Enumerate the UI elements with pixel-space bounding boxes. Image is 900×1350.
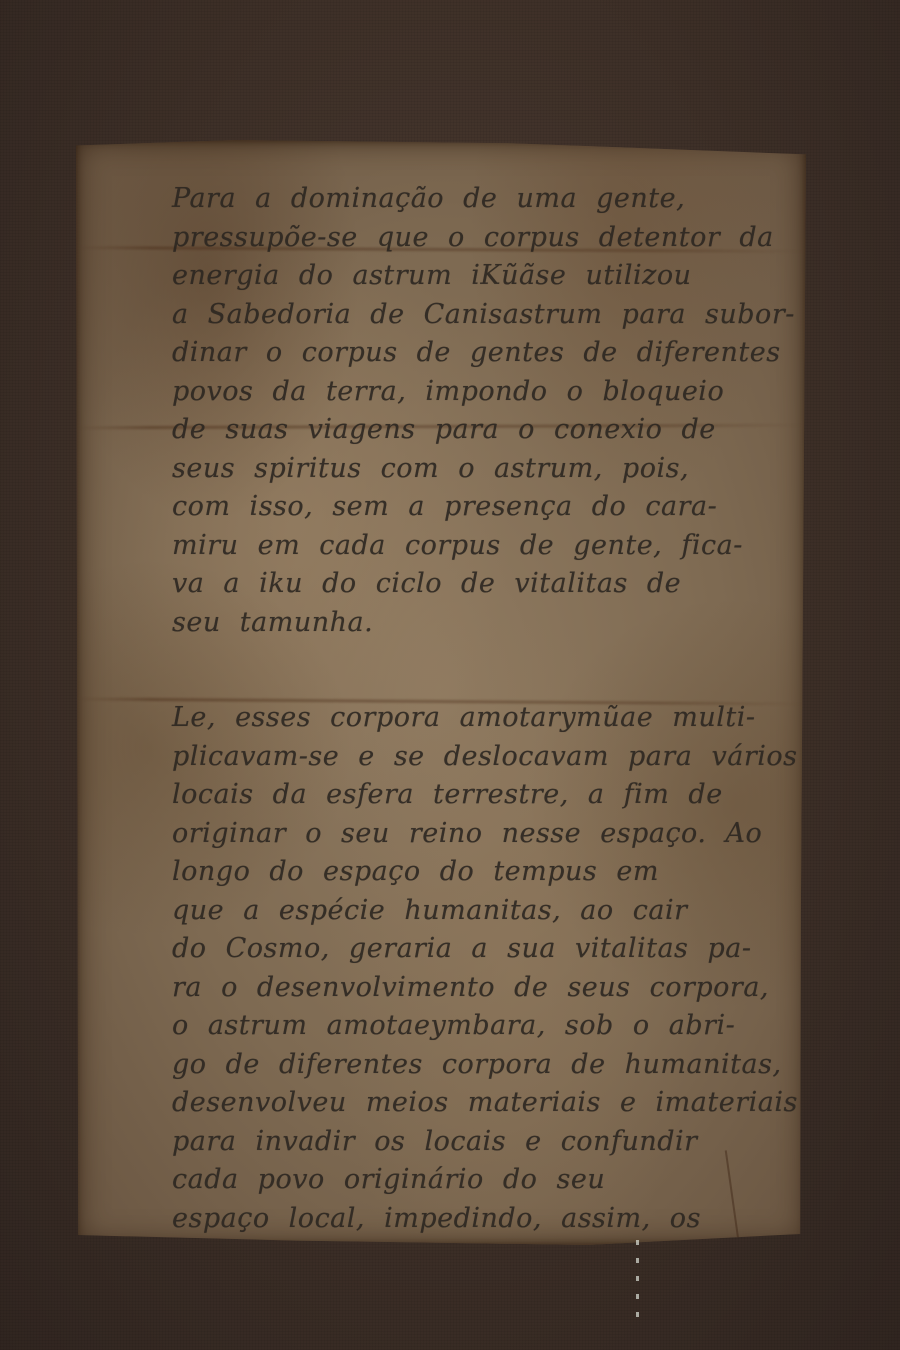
text-line: spiritus em conexio com o Cosmo, <box>172 1238 812 1277</box>
text-line: locais da esfera terrestre, a fim de <box>172 776 812 815</box>
text-line: dinar o corpus de gentes de diferentes <box>172 334 812 373</box>
text-line: Le, esses corpora amotarymũae multi- <box>172 699 812 738</box>
text-line: com isso, sem a presença do cara- <box>172 488 812 527</box>
text-line: espaço local, impedindo, assim, os <box>172 1200 812 1239</box>
paragraph-1: Para a dominação de uma gente, pressupõe… <box>172 180 812 642</box>
text-line: va a iku do ciclo de vitalitas de <box>172 565 812 604</box>
text-line: miru em cada corpus de gente, fica- <box>172 527 812 566</box>
text-line: energia do astrum iKũãse utilizou <box>172 257 812 296</box>
text-line: para invadir os locais e confundir <box>172 1123 812 1162</box>
text-line: longo do espaço do tempus em <box>172 853 812 892</box>
text-line: ra o desenvolvimento de seus corpora, <box>172 969 812 1008</box>
text-line: seu tamunha. <box>172 604 812 643</box>
paragraph-2: Le, esses corpora amotarymũae multi- pli… <box>172 699 812 1277</box>
text-line: go de diferentes corpora de humanitas, <box>172 1046 812 1085</box>
text-line: desenvolveu meios materiais e imateriais <box>172 1084 812 1123</box>
text-line: povos da terra, impondo o bloqueio <box>172 373 812 412</box>
text-line: originar o seu reino nesse espaço. Ao <box>172 815 812 854</box>
text-line: que a espécie humanitas, ao cair <box>172 892 812 931</box>
text-line: o astrum amotaeymbara, sob o abri- <box>172 1007 812 1046</box>
text-line: Para a dominação de uma gente, <box>172 180 812 219</box>
text-line: plicavam-se e se deslocavam para vários <box>172 738 812 777</box>
text-line: pressupõe-se que o corpus detentor da <box>172 219 812 258</box>
text-line: a Sabedoria de Canisastrum para subor- <box>172 296 812 335</box>
paragraph-spacer <box>172 642 812 699</box>
text-line: de suas viagens para o conexio de <box>172 411 812 450</box>
thread-stitch-marks <box>636 1240 639 1320</box>
text-line: cada povo originário do seu <box>172 1161 812 1200</box>
handwritten-text: Para a dominação de uma gente, pressupõe… <box>172 180 812 1277</box>
aged-paper-sheet: Para a dominação de uma gente, pressupõe… <box>76 140 806 1245</box>
text-line: do Cosmo, geraria a sua vitalitas pa- <box>172 930 812 969</box>
text-line: seus spiritus com o astrum, pois, <box>172 450 812 489</box>
